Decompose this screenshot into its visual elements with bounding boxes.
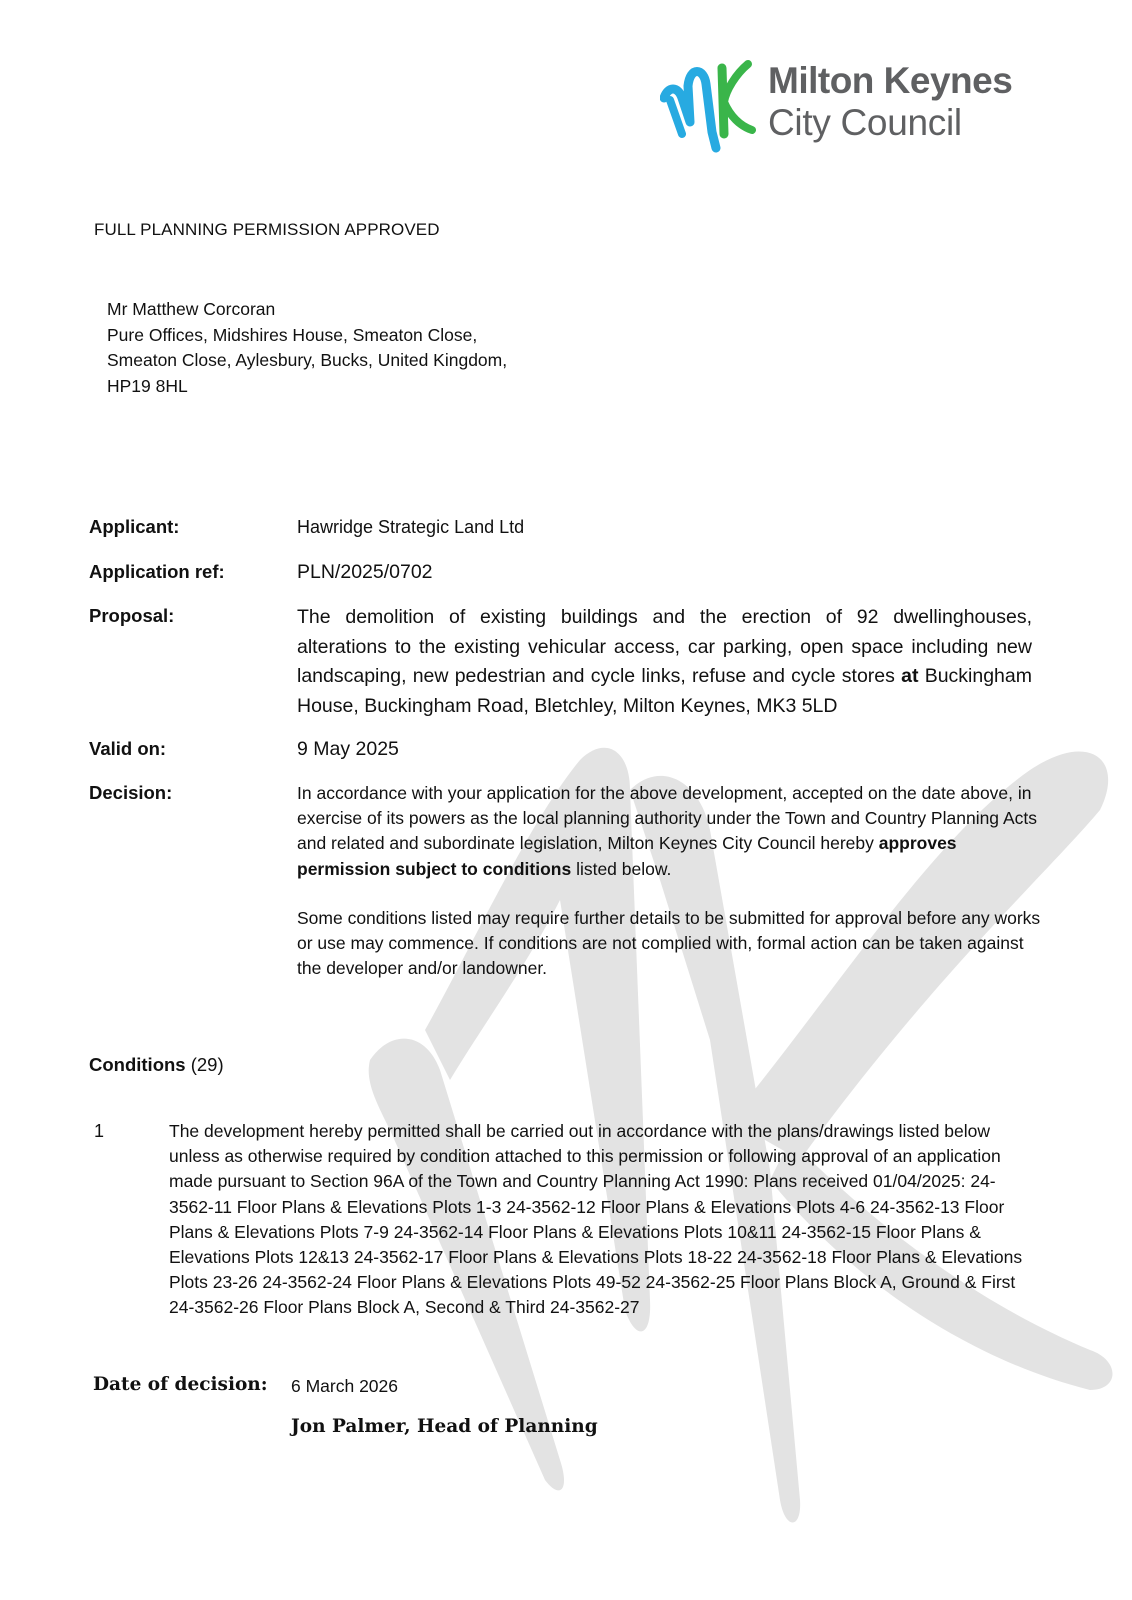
decision-date-value: 6 March 2026 — [291, 1376, 398, 1397]
application-ref-value: PLN/2025/0702 — [297, 561, 433, 584]
address-line: HP19 8HL — [107, 374, 507, 400]
logo-title-line1: Milton Keynes — [768, 60, 1012, 102]
mk-logo-icon — [660, 56, 760, 156]
document-page: Milton Keynes City Council FULL PLANNING… — [0, 0, 1132, 1600]
recipient-name: Mr Matthew Corcoran — [107, 297, 507, 323]
decision-text-part: listed below. — [571, 859, 671, 879]
proposal-label: Proposal: — [89, 605, 174, 627]
decision-date-label: Date of decision: — [93, 1374, 268, 1395]
recipient-address: Mr Matthew Corcoran Pure Offices, Midshi… — [107, 297, 507, 399]
decision-paragraph: Some conditions listed may require furth… — [297, 906, 1042, 982]
decision-label: Decision: — [89, 782, 172, 804]
address-line: Smeaton Close, Aylesbury, Bucks, United … — [107, 348, 507, 374]
council-logo: Milton Keynes City Council — [660, 56, 1060, 156]
condition-number: 1 — [94, 1121, 104, 1142]
conditions-count: (29) — [191, 1054, 224, 1075]
proposal-value: The demolition of existing buildings and… — [297, 603, 1032, 721]
logo-title-line2: City Council — [768, 102, 962, 144]
decision-text: In accordance with your application for … — [297, 781, 1042, 1005]
proposal-at: at — [901, 665, 918, 687]
conditions-heading: Conditions (29) — [89, 1054, 224, 1076]
signatory: Jon Palmer, Head of Planning — [291, 1416, 598, 1437]
proposal-text: The demolition of existing buildings and… — [297, 606, 1032, 687]
application-ref-label: Application ref: — [89, 561, 225, 583]
condition-text: The development hereby permitted shall b… — [169, 1119, 1039, 1321]
valid-on-label: Valid on: — [89, 738, 166, 760]
address-line: Pure Offices, Midshires House, Smeaton C… — [107, 323, 507, 349]
valid-on-value: 9 May 2025 — [297, 738, 399, 761]
document-title: FULL PLANNING PERMISSION APPROVED — [94, 220, 440, 240]
conditions-title: Conditions — [89, 1054, 186, 1075]
decision-paragraph: In accordance with your application for … — [297, 781, 1042, 882]
applicant-value: Hawridge Strategic Land Ltd — [297, 517, 524, 538]
applicant-label: Applicant: — [89, 516, 179, 538]
